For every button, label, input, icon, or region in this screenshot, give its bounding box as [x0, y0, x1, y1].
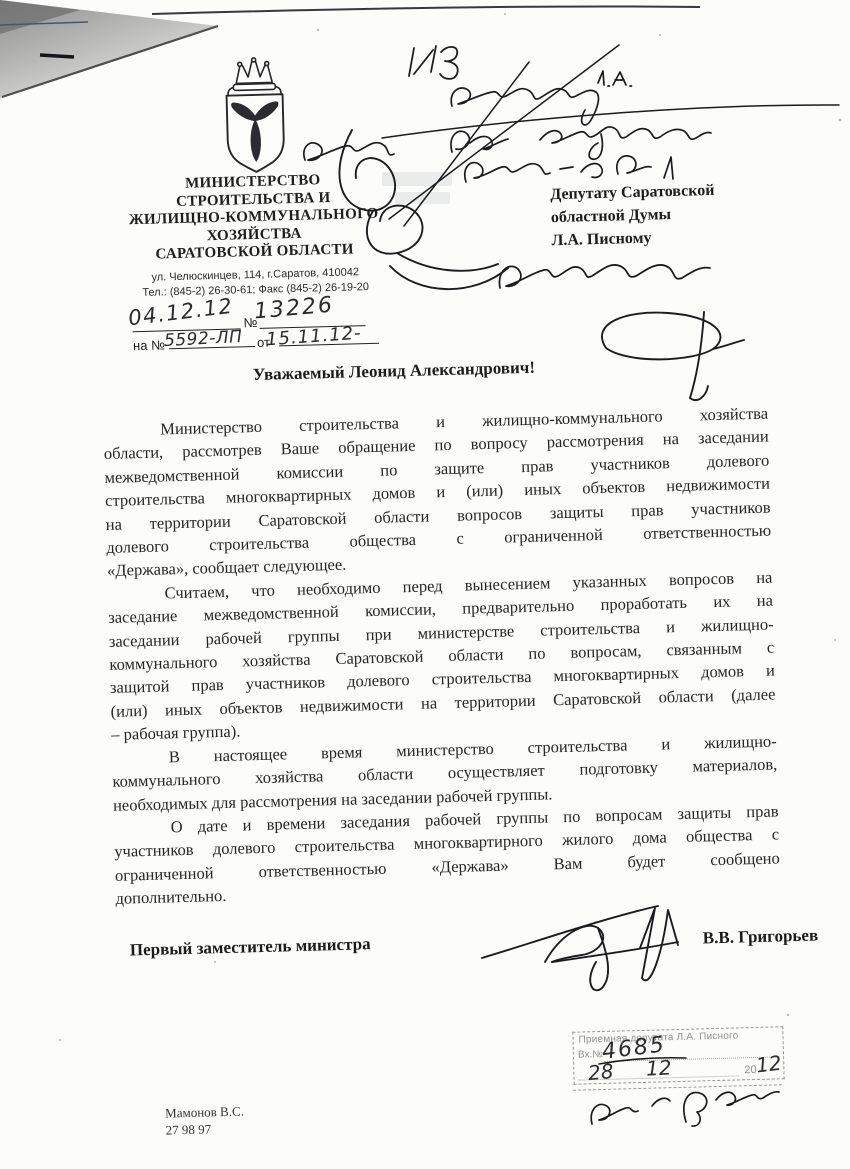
signoff-name: В.В. Григорьев [703, 925, 819, 948]
saratov-coat-of-arms-icon [220, 56, 291, 174]
stamp-dotted-line [578, 1062, 738, 1080]
na-no-label: на № [133, 337, 165, 353]
ministry-address: ул. Челюскинцев, 114, г.Саратов, 410042 … [115, 264, 396, 301]
signoff-title: Первый заместитель министра [130, 934, 371, 960]
reception-stamp: Приемная депутата Л.А. Писного Вх.№ 20 [572, 1026, 784, 1085]
number-underline [259, 309, 365, 329]
salutation: Уважаемый Леонид Александрович! [253, 358, 536, 385]
executor-name: Мамонов В.С. [165, 1103, 244, 1122]
printed-content: МИНИСТЕРСТВО СТРОИТЕЛЬСТВА И ЖИЛИЩНО-КОМ… [0, 0, 850, 1169]
incoming-number-underline [169, 329, 255, 348]
executor-footer: Мамонов В.С. 27 98 97 [165, 1103, 245, 1139]
stamp-dotted-line [604, 1043, 776, 1061]
letterhead: МИНИСТЕРСТВО СТРОИТЕЛЬСТВА И ЖИЛИЩНО-КОМ… [113, 170, 418, 363]
stamp-year-prefix: 20 [744, 1064, 757, 1076]
executor-phone: 27 98 97 [165, 1120, 244, 1139]
date-underline [132, 312, 240, 332]
stamp-title: Приемная депутата Л.А. Писного [578, 1030, 738, 1045]
incoming-date-underline [279, 326, 379, 346]
addressee-line: Л.А. Писному [551, 223, 782, 252]
letter-body: Министерство строительства и жилищно-ком… [103, 402, 781, 911]
ot-label: от [257, 334, 270, 349]
number-sign-label: № [243, 314, 257, 329]
addressee-block: Депутату Саратовской областной Думы Л.А.… [550, 177, 782, 252]
stamp-in-label: Вх.№ [578, 1049, 603, 1061]
scanned-letter-page: МИНИСТЕРСТВО СТРОИТЕЛЬСТВА И ЖИЛИЩНО-КОМ… [0, 0, 850, 1169]
